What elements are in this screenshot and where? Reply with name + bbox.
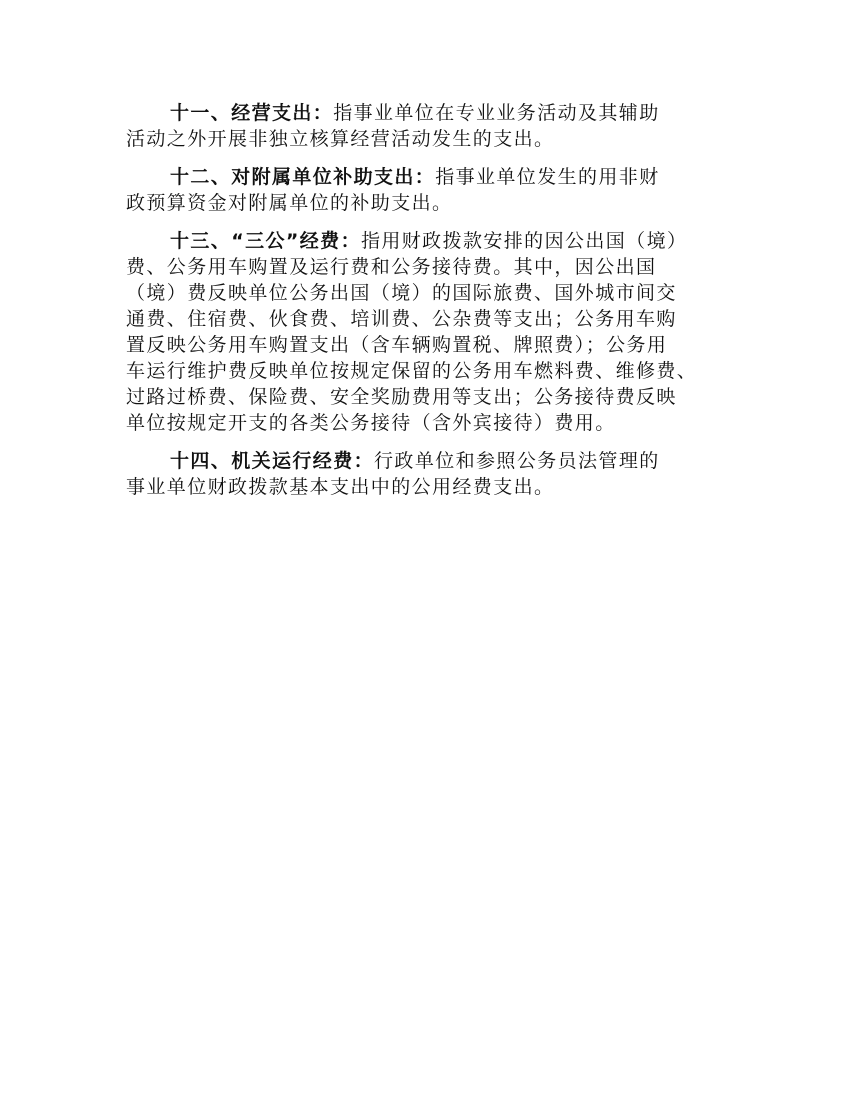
paragraph-three-public-expenses: 十三、“三公”经费：指用财政拨款安排的因公出国（境） 费、公务用车购置及运行费和… — [126, 228, 766, 436]
definition-text: 指用财政拨款安排的因公出国（境） — [361, 230, 687, 252]
paragraph-line: 通费、住宿费、伙食费、培训费、公杂费等支出；公务用车购 — [126, 306, 766, 332]
paragraph-line: 活动之外开展非独立核算经营活动发生的支出。 — [126, 126, 766, 152]
paragraph-line: 单位按规定开支的各类公务接待（含外宾接待）费用。 — [126, 410, 766, 436]
definition-text: 指事业单位在专业业务活动及其辅助 — [333, 102, 659, 124]
term-heading: 十四、机关运行经费： — [170, 450, 374, 472]
paragraph-first-line: 十二、对附属单位补助支出：指事业单位发生的用非财 — [126, 164, 766, 190]
paragraph-line: 政预算资金对附属单位的补助支出。 — [126, 190, 766, 216]
paragraph-line: 车运行维护费反映单位按规定保留的公务用车燃料费、维修费、 — [126, 358, 766, 384]
term-heading: 十一、经营支出： — [170, 102, 333, 124]
paragraph-agency-operating-expenses: 十四、机关运行经费：行政单位和参照公务员法管理的 事业单位财政拨款基本支出中的公… — [126, 448, 766, 500]
document-page: 十一、经营支出：指事业单位在专业业务活动及其辅助 活动之外开展非独立核算经营活动… — [126, 100, 766, 512]
paragraph-line: 事业单位财政拨款基本支出中的公用经费支出。 — [126, 474, 766, 500]
paragraph-line: 置反映公务用车购置支出（含车辆购置税、牌照费）；公务用 — [126, 332, 766, 358]
paragraph-line: （境）费反映单位公务出国（境）的国际旅费、国外城市间交 — [126, 280, 766, 306]
paragraph-line: 费、公务用车购置及运行费和公务接待费。其中，因公出国 — [126, 254, 766, 280]
paragraph-line: 过路过桥费、保险费、安全奖励费用等支出；公务接待费反映 — [126, 384, 766, 410]
term-heading: 十二、对附属单位补助支出： — [170, 166, 435, 188]
term-heading: 十三、“三公”经费： — [170, 230, 361, 252]
paragraph-first-line: 十三、“三公”经费：指用财政拨款安排的因公出国（境） — [126, 228, 766, 254]
definition-text: 指事业单位发生的用非财 — [435, 166, 659, 188]
paragraph-first-line: 十一、经营支出：指事业单位在专业业务活动及其辅助 — [126, 100, 766, 126]
paragraph-operating-expenses: 十一、经营支出：指事业单位在专业业务活动及其辅助 活动之外开展非独立核算经营活动… — [126, 100, 766, 152]
paragraph-first-line: 十四、机关运行经费：行政单位和参照公务员法管理的 — [126, 448, 766, 474]
paragraph-subsidy-to-affiliates: 十二、对附属单位补助支出：指事业单位发生的用非财 政预算资金对附属单位的补助支出… — [126, 164, 766, 216]
definition-text: 行政单位和参照公务员法管理的 — [374, 450, 660, 472]
